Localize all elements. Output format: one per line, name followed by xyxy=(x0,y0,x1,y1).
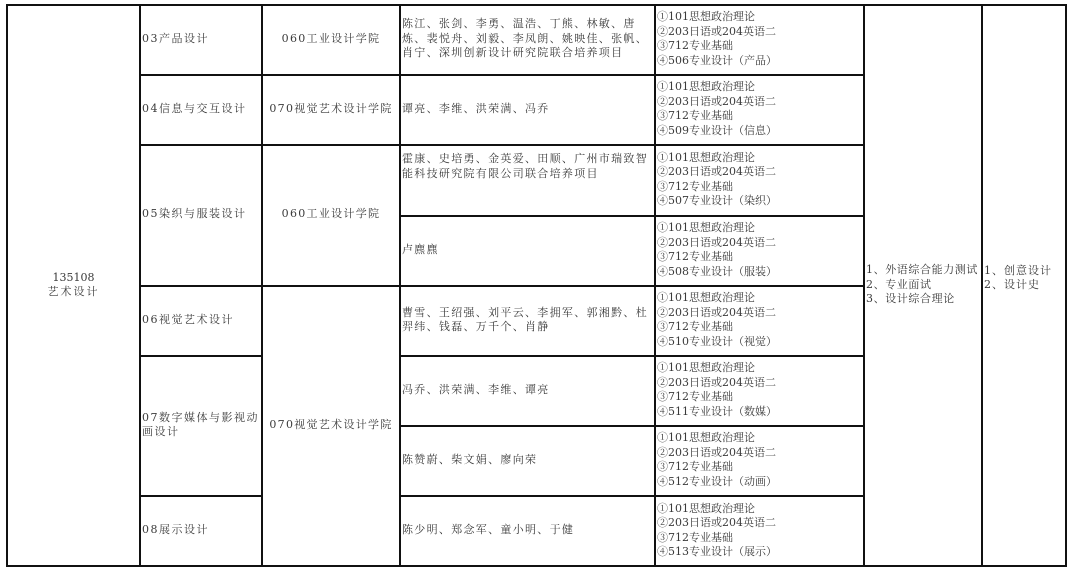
grid-line xyxy=(981,4,983,567)
direction-03: 03产品设计 xyxy=(140,4,262,74)
exams-row-4: ①101思想政治理论②203日语或204英语二③712专业基础④508专业设计（… xyxy=(655,215,864,285)
direction-06: 06视觉艺术设计 xyxy=(140,285,262,355)
tutors-row-5: 曹雪、王绍强、刘平云、李拥军、郭湘黔、杜羿纬、钱磊、万千个、肖静 xyxy=(400,285,655,355)
retest-subjects: 1、外语综合能力测试 2、专业面试 3、设计综合理论 xyxy=(864,4,982,566)
tutors-row-3: 霍康、史培勇、金英爱、田顺、广州市瑞致智能科技研究院有限公司联合培养项目 xyxy=(400,144,655,215)
direction-05: 05染织与服装设计 xyxy=(140,144,262,285)
grid-line xyxy=(139,495,262,497)
exams-row-3: ①101思想政治理论②203日语或204英语二③712专业基础④507专业设计（… xyxy=(655,144,864,215)
grid-line xyxy=(399,355,865,357)
exams-row-5: ①101思想政治理论②203日语或204英语二③712专业基础④510专业设计（… xyxy=(655,285,864,355)
tutors-row-6: 冯乔、洪荣满、李维、谭亮 xyxy=(400,355,655,425)
tutors-row-4: 卢麃麃 xyxy=(400,215,655,285)
grid-line xyxy=(139,355,262,357)
grid-line xyxy=(399,215,865,217)
tutors-row-7: 陈赞蔚、柴文娟、廖向荣 xyxy=(400,425,655,495)
college-060-b: 060工业设计学院 xyxy=(262,144,400,285)
exams-row-1: ①101思想政治理论②203日语或204英语二③712专业基础④506专业设计（… xyxy=(655,4,864,74)
direction-04: 04信息与交互设计 xyxy=(140,74,262,144)
exams-row-6: ①101思想政治理论②203日语或204英语二③712专业基础④511专业设计（… xyxy=(655,355,864,425)
grid-line xyxy=(6,565,1067,567)
college-070-a: 070视觉艺术设计学院 xyxy=(262,74,400,144)
grid-line xyxy=(6,4,1067,6)
exams-row-2: ①101思想政治理论②203日语或204英语二③712专业基础④509专业设计（… xyxy=(655,74,864,144)
major-name: 艺术设计 xyxy=(48,285,100,300)
exams-row-7: ①101思想政治理论②203日语或204英语二③712专业基础④512专业设计（… xyxy=(655,425,864,495)
major-cell: 135108 艺术设计 xyxy=(7,4,140,566)
college-070-b: 070视觉艺术设计学院 xyxy=(262,285,400,566)
grid-line xyxy=(139,144,865,146)
exams-row-8: ①101思想政治理论②203日语或204英语二③712专业基础④513专业设计（… xyxy=(655,495,864,566)
grid-line xyxy=(6,4,8,567)
major-code: 135108 xyxy=(53,271,95,286)
equal-ability-subjects: 1、创意设计 2、设计史 xyxy=(982,4,1066,566)
direction-08: 08展示设计 xyxy=(140,495,262,566)
tutors-row-1: 陈江、张剑、李勇、温浩、丁熊、林敏、唐炼、裴悦舟、刘毅、李凤朗、姚映佳、张帆、肖… xyxy=(400,4,655,74)
grid-line xyxy=(399,495,865,497)
tutors-row-2: 谭亮、李维、洪荣满、冯乔 xyxy=(400,74,655,144)
college-060-a: 060工业设计学院 xyxy=(262,4,400,74)
grid-line xyxy=(139,74,865,76)
grid-line xyxy=(139,285,865,287)
direction-07: 07数字媒体与影视动 画设计 xyxy=(140,355,262,495)
grid-line xyxy=(1065,4,1067,567)
grid-line xyxy=(399,425,865,427)
tutors-row-8: 陈少明、郑念军、童小明、于健 xyxy=(400,495,655,566)
